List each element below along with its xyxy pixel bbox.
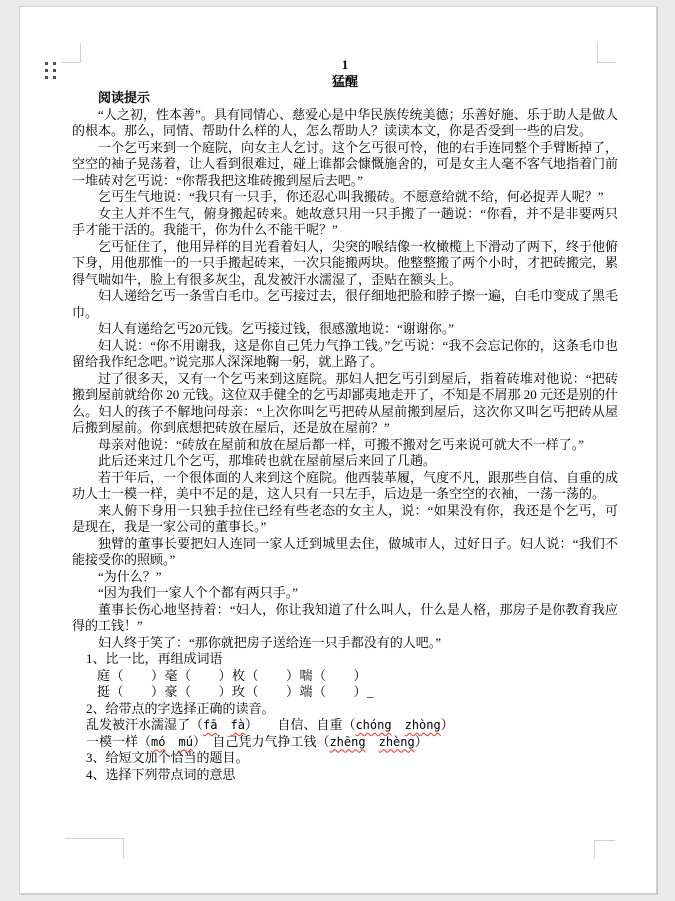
paragraph: 母亲对他说：“砖放在屋前和放在屋后都一样，可搬不搬对乞丐来说可就大不一样了。”	[72, 437, 618, 454]
drag-handle-dot	[45, 62, 48, 65]
doc-title: 猛醒	[72, 74, 618, 91]
question-1-word-row-1: 庭（ ）毫（ ）枚（ ）喘（ ）	[72, 668, 618, 685]
paragraph: 妇人终于笑了：“那你就把房子送给连一只手都没有的人吧。”	[72, 635, 618, 652]
page-number: 1	[72, 57, 618, 74]
paragraph: 过了很多天，又有一个乞丐来到这庭院。那妇人把乞丐引到屋后，指着砖堆对他说：“把砖…	[72, 371, 618, 437]
question-4-title: 4、选择下列带点词的意思	[72, 767, 618, 784]
pinyin-option: fā	[203, 718, 217, 732]
pinyin-option: mó	[151, 735, 165, 749]
drag-handle-dot	[45, 76, 48, 79]
q2-line1-gap	[392, 717, 405, 732]
q2-line2-text: 一模一样（	[86, 734, 151, 749]
section-heading: 阅读提示	[72, 90, 618, 107]
document-content[interactable]: 1 猛醒 阅读提示 “人之初，性本善”。具有同情心、慈爱心是中华民族传统美德；乐…	[72, 57, 618, 783]
pinyin-option: zhèng	[379, 735, 415, 749]
drag-handle-dot	[53, 76, 56, 79]
paragraph: 此后还来过几个乞丐，那堆砖也就在屋前屋后来回了几趟。	[72, 453, 618, 470]
paragraph: 一个乞丐来到一个庭院，向女主人乞讨。这个乞丐很可怜，他的右手连同整个手臂断掉了，…	[72, 140, 618, 190]
paragraph: 独臂的董事长要把妇人连同一家人迁到城里去住，做城市人，过好日子。妇人说：“我们不…	[72, 536, 618, 569]
paragraph: 来人俯下身用一只独手拉住已经有些老态的女主人，说：“如果没有你，我还是个乞丐，可…	[72, 503, 618, 536]
question-2-title: 2、给带点的字选择正确的读音。	[72, 701, 618, 718]
drag-handle-dot	[45, 69, 48, 72]
pinyin-option: mú	[178, 735, 192, 749]
paragraph: “因为我们一家人个个都有两只手。”	[72, 585, 618, 602]
pinyin-option: zhòng	[405, 718, 441, 732]
q2-line2-text: ）	[415, 734, 428, 749]
paragraph: 若干年后，一个很体面的人来到这个庭院。他西装革履，气度不凡，跟那些自信、自重的成…	[72, 470, 618, 503]
paragraph: 董事长伤心地坚持着：“妇人，你让我知道了什么叫人，什么是人格，那房子是你教育我应…	[72, 602, 618, 635]
paragraph: 女主人并不生气，俯身搬起砖来。她故意只用一只手搬了一趟说：“你看，并不是非要两只…	[72, 206, 618, 239]
pinyin-option: chóng	[355, 718, 391, 732]
paragraph: 妇人递给乞丐一条雪白毛巾。乞丐接过去，很仔细地把脸和脖子擦一遍，白毛巾变成了黑毛…	[72, 288, 618, 321]
pinyin-option: zhēng	[329, 735, 365, 749]
question-1-title: 1、比一比，再组成词语	[72, 651, 618, 668]
paragraph: “人之初，性本善”。具有同情心、慈爱心是中华民族传统美德；乐善好施、乐于助人是做…	[72, 107, 618, 140]
paragraph: 妇人有递给乞丐20元钱。乞丐接过钱，很感激地说：“谢谢你。”	[72, 321, 618, 338]
paragraph: 乞丐怔住了，他用异样的目光看着妇人，尖突的喉结像一枚橄榄上下滑动了两下，终于他俯…	[72, 239, 618, 289]
margin-crop-mark-bottom-right	[594, 840, 615, 859]
pinyin-option: fà	[230, 718, 244, 732]
question-2-line-2: 一模一样（mó mú） 自己凭力气挣工钱（zhēng zhèng）	[72, 734, 618, 751]
margin-crop-mark-bottom-left	[65, 838, 124, 859]
q2-line1-text: ） 自信、自重（	[245, 717, 356, 732]
drag-handle-dot	[53, 62, 56, 65]
q2-line1-text: 乱发被汗水濡湿了（	[86, 717, 203, 732]
q2-line1-text: ）	[441, 717, 454, 732]
q2-line2-text: ） 自己凭力气挣工钱（	[193, 734, 330, 749]
drag-handle-dot	[53, 69, 56, 72]
q2-line2-gap	[165, 734, 178, 749]
paragraph: 乞丐生气地说：“我只有一只手，你还忍心叫我搬砖。不愿意给就不给，何必捉弄人呢？”	[72, 189, 618, 206]
document-page: 1 猛醒 阅读提示 “人之初，性本善”。具有同情心、慈爱心是中华民族传统美德；乐…	[19, 6, 657, 894]
question-3-title: 3、给短文加个恰当的题目。	[72, 750, 618, 767]
question-2-line-1: 乱发被汗水濡湿了（fā fà） 自信、自重（chóng zhòng）	[72, 717, 618, 734]
question-1-word-row-2: 挺（ ）豪（ ）玫（ ）端（ ）_	[72, 684, 618, 701]
q2-line2-gap	[366, 734, 379, 749]
q2-line1-gap	[217, 717, 230, 732]
paragraph: “为什么？”	[72, 569, 618, 586]
drag-handle-icon[interactable]	[45, 62, 56, 81]
paragraph: 妇人说：“你不用谢我，这是你自己凭力气挣工钱。”乞丐说：“我不会忘记你的，这条毛…	[72, 338, 618, 371]
